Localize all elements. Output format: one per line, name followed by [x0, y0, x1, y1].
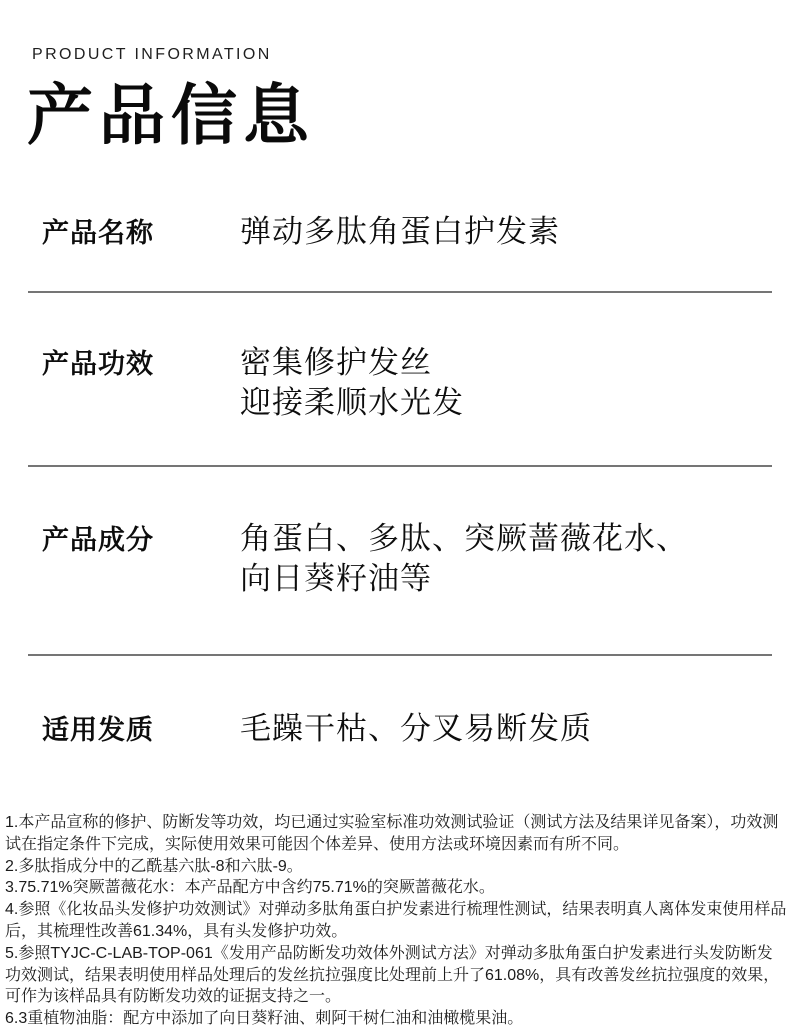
spec-row-suitable-hair-type: 适用发质 毛躁干枯、分叉易断发质 [42, 708, 770, 749]
spec-label: 产品功效 [42, 342, 240, 381]
footnotes: 1.本产品宣称的修护、防断发等功效，均已通过实验室标准功效测试验证（测试方法及结… [5, 812, 787, 1030]
page-title: 产品信息 [27, 72, 315, 158]
spec-value-line: 向日葵籽油等 [240, 559, 688, 599]
spec-label: 产品成分 [42, 518, 240, 557]
footnote-item: 2.多肽指成分中的乙酰基六肽-8和六肽-9。 [5, 856, 787, 878]
spec-value: 弹动多肽角蛋白护发素 [240, 212, 560, 252]
footnote-item: 6.3重植物油脂：配方中添加了向日葵籽油、刺阿干树仁油和油橄榄果油。 [5, 1008, 787, 1030]
spec-label: 适用发质 [42, 708, 240, 747]
spec-value: 密集修护发丝 迎接柔顺水光发 [240, 343, 464, 423]
spec-row-product-name: 产品名称 弹动多肽角蛋白护发素 [42, 211, 770, 252]
spec-label: 产品名称 [42, 211, 240, 250]
divider [28, 654, 772, 656]
spec-value-line: 迎接柔顺水光发 [240, 383, 464, 423]
footnote-item: 5.参照TYJC-C-LAB-TOP-061《发用产品防断发功效体外测试方法》对… [5, 943, 787, 1008]
footnote-item: 3.75.71%突厥蔷薇花水：本产品配方中含约75.71%的突厥蔷薇花水。 [5, 877, 787, 899]
footnote-item: 1.本产品宣称的修护、防断发等功效，均已通过实验室标准功效测试验证（测试方法及结… [5, 812, 787, 856]
spec-value: 角蛋白、多肽、突厥蔷薇花水、 向日葵籽油等 [240, 519, 688, 599]
spec-value-line: 密集修护发丝 [240, 343, 464, 383]
spec-value-line: 毛躁干枯、分叉易断发质 [240, 709, 592, 749]
footnote-item: 4.参照《化妆品头发修护功效测试》对弹动多肽角蛋白护发素进行梳理性测试，结果表明… [5, 899, 787, 943]
spec-row-product-efficacy: 产品功效 密集修护发丝 迎接柔顺水光发 [42, 342, 770, 423]
spec-value-line: 弹动多肽角蛋白护发素 [240, 212, 560, 252]
spec-value: 毛躁干枯、分叉易断发质 [240, 709, 592, 749]
spec-value-line: 角蛋白、多肽、突厥蔷薇花水、 [240, 519, 688, 559]
eyebrow-label: PRODUCT INFORMATION [32, 46, 272, 64]
divider [28, 291, 772, 293]
product-information-page: PRODUCT INFORMATION 产品信息 产品名称 弹动多肽角蛋白护发素… [0, 0, 790, 1033]
spec-row-product-ingredients: 产品成分 角蛋白、多肽、突厥蔷薇花水、 向日葵籽油等 [42, 518, 770, 599]
divider [28, 465, 772, 467]
